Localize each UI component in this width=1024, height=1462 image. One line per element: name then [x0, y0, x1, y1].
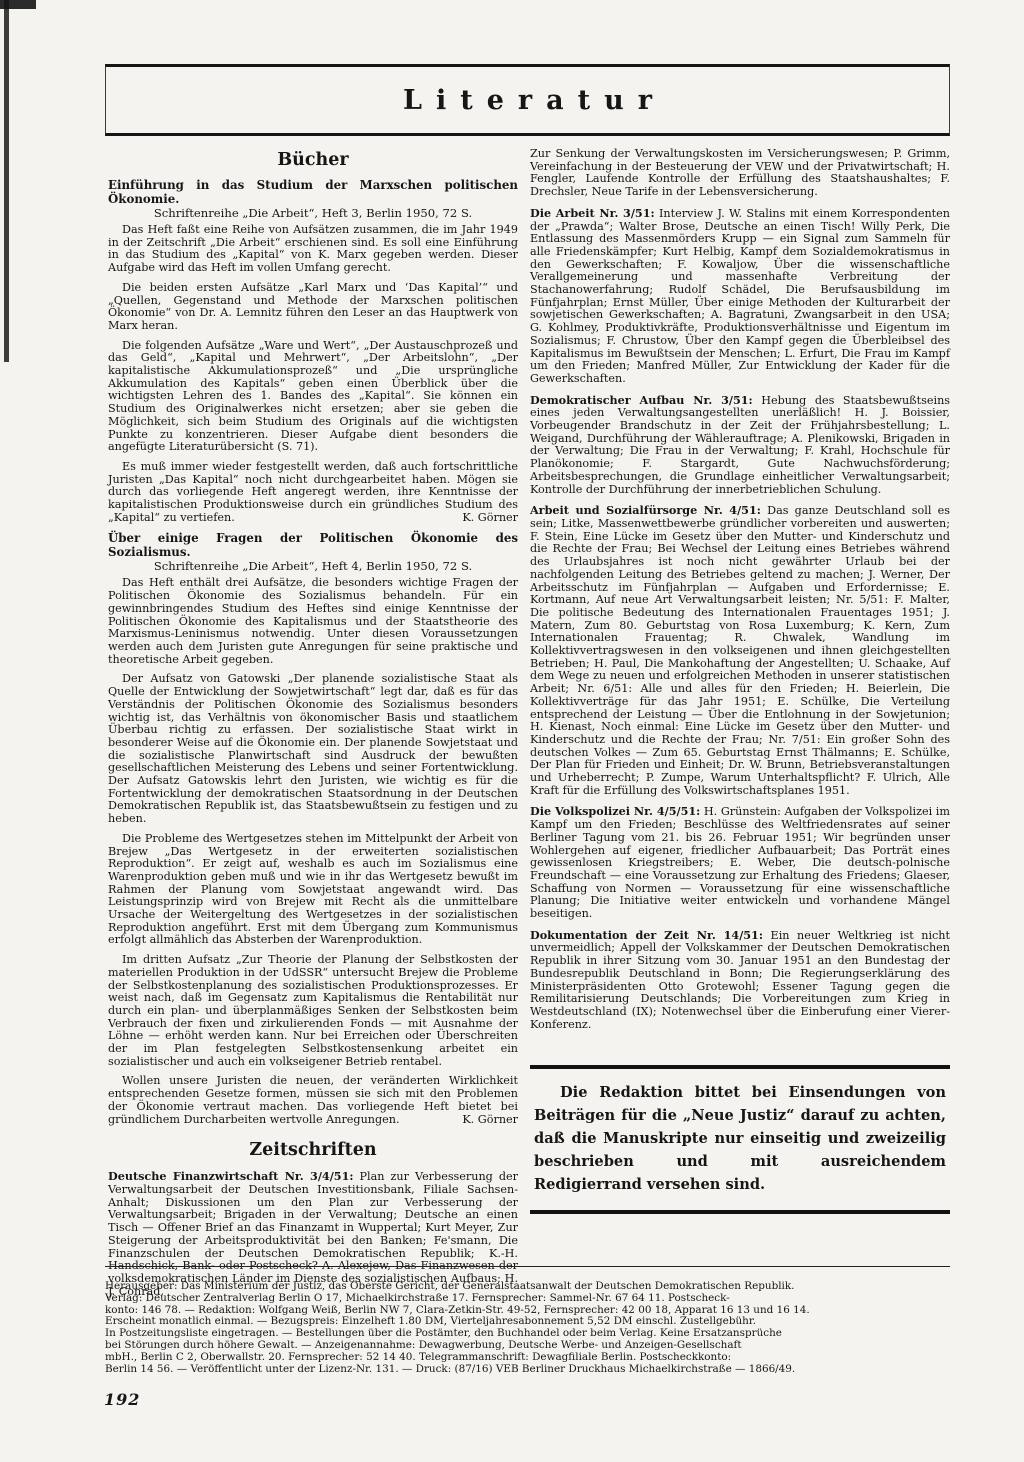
right-column: Zur Senkung der Verwaltungskosten im Ver… [530, 148, 950, 1306]
review1-paragraph: Die beiden ersten Aufsätze „Karl Marx un… [108, 282, 518, 333]
impressum-line: bei Störungen durch höhere Gewalt. — Anz… [105, 1340, 950, 1352]
journal-entry-text: Hebung des Staatsbewußtseins eines jeden… [530, 394, 950, 496]
books-heading: Bücher [108, 150, 518, 170]
page-number: 192 [104, 1390, 140, 1409]
journal-entry-lead: Demokratischer Aufbau Nr. 3/51: [530, 393, 753, 407]
section-header-box: Literatur [105, 64, 950, 136]
review2-signature: K. Görner [452, 1114, 518, 1127]
journal-entry-lead: Die Volkspolizei Nr. 4/5/51: [530, 804, 700, 818]
journal-entry-lead: Arbeit und Sozialfürsorge Nr. 4/51: [530, 503, 761, 517]
scanned-journal-page: Literatur Bücher Einführung in das Studi… [0, 0, 1024, 1462]
journal-entry-die-volkspolizei: Die Volkspolizei Nr. 4/5/51: H. Grünstei… [530, 805, 950, 920]
journal-entry-dokumentation-der-zeit: Dokumentation der Zeit Nr. 14/51: Ein ne… [530, 929, 950, 1032]
journal-entry-text: Ein neuer Weltkrieg ist nicht unvermeidl… [530, 929, 950, 1031]
journal-entry-demokratischer-aufbau: Demokratischer Aufbau Nr. 3/51: Hebung d… [530, 394, 950, 497]
review1-paragraph: Das Heft faßt eine Reihe von Aufsätzen z… [108, 224, 518, 275]
review2-paragraph: Im dritten Aufsatz „Zur Theorie der Plan… [108, 954, 518, 1068]
two-column-body: Bücher Einführung in das Studium der Mar… [108, 148, 950, 1306]
journal-entry-text: Interview J. W. Stalins mit einem Korres… [530, 207, 950, 385]
review1-subtitle: Schriftenreihe „Die Arbeit“, Heft 3, Ber… [108, 206, 518, 220]
journal-entry-text: Das ganze Deutschland soll es sein; Litk… [530, 504, 950, 796]
scan-artifact-left-bar [4, 0, 9, 362]
journal-entry-arbeit-und-sozialfuersorge: Arbeit und Sozialfürsorge Nr. 4/51: Das … [530, 504, 950, 797]
journal-entry-continuation: Zur Senkung der Verwaltungskosten im Ver… [530, 148, 950, 199]
journals-heading: Zeitschriften [108, 1140, 518, 1160]
journal-entry-lead: Deutsche Finanzwirtschaft Nr. 3/4/51: [108, 1169, 354, 1183]
editorial-notice-box: Die Redaktion bittet bei Einsendungen vo… [530, 1065, 950, 1214]
review1-signature: K. Görner [452, 512, 518, 525]
review2-paragraph: Wollen unsere Juristen die neuen, der ve… [108, 1075, 518, 1126]
editorial-notice-text: Die Redaktion bittet bei Einsendungen vo… [534, 1081, 946, 1196]
journal-entry-lead: Die Arbeit Nr. 3/51: [530, 206, 655, 220]
impressum-line: Berlin 14 56. — Veröffentlicht unter der… [105, 1364, 950, 1376]
scan-artifact-top-smudge [0, 0, 36, 9]
journal-entry-die-arbeit: Die Arbeit Nr. 3/51: Interview J. W. Sta… [530, 207, 950, 386]
impressum-line: mbH., Berlin C 2, Oberwallstr. 20. Ferns… [105, 1352, 950, 1364]
left-column: Bücher Einführung in das Studium der Mar… [108, 148, 518, 1306]
review2-title: Über einige Fragen der Politischen Ökono… [108, 531, 518, 559]
review2-paragraph: Das Heft enthält drei Aufsätze, die beso… [108, 577, 518, 666]
review2-paragraph: Der Aufsatz von Gatowski „Der planende s… [108, 673, 518, 825]
journal-entry-text: H. Grünstein: Aufgaben der Volkspolizei … [530, 805, 950, 920]
impressum-footer: Herausgeber: Das Ministerium der Justiz,… [105, 1266, 950, 1375]
review2-subtitle: Schriftenreihe „Die Arbeit“, Heft 4, Ber… [108, 559, 518, 573]
impressum-line: Verlag: Deutscher Zentralverlag Berlin O… [105, 1293, 950, 1305]
review1-paragraph: Die folgenden Aufsätze „Ware und Wert“, … [108, 340, 518, 454]
review1-paragraph: Es muß immer wieder festgestellt werden,… [108, 461, 518, 525]
review1-title: Einführung in das Studium der Marxschen … [108, 178, 518, 206]
review2-paragraph: Die Probleme des Wertgesetzes stehen im … [108, 833, 518, 947]
journal-entry-lead: Dokumentation der Zeit Nr. 14/51: [530, 928, 763, 942]
page-title: Literatur [403, 85, 666, 116]
